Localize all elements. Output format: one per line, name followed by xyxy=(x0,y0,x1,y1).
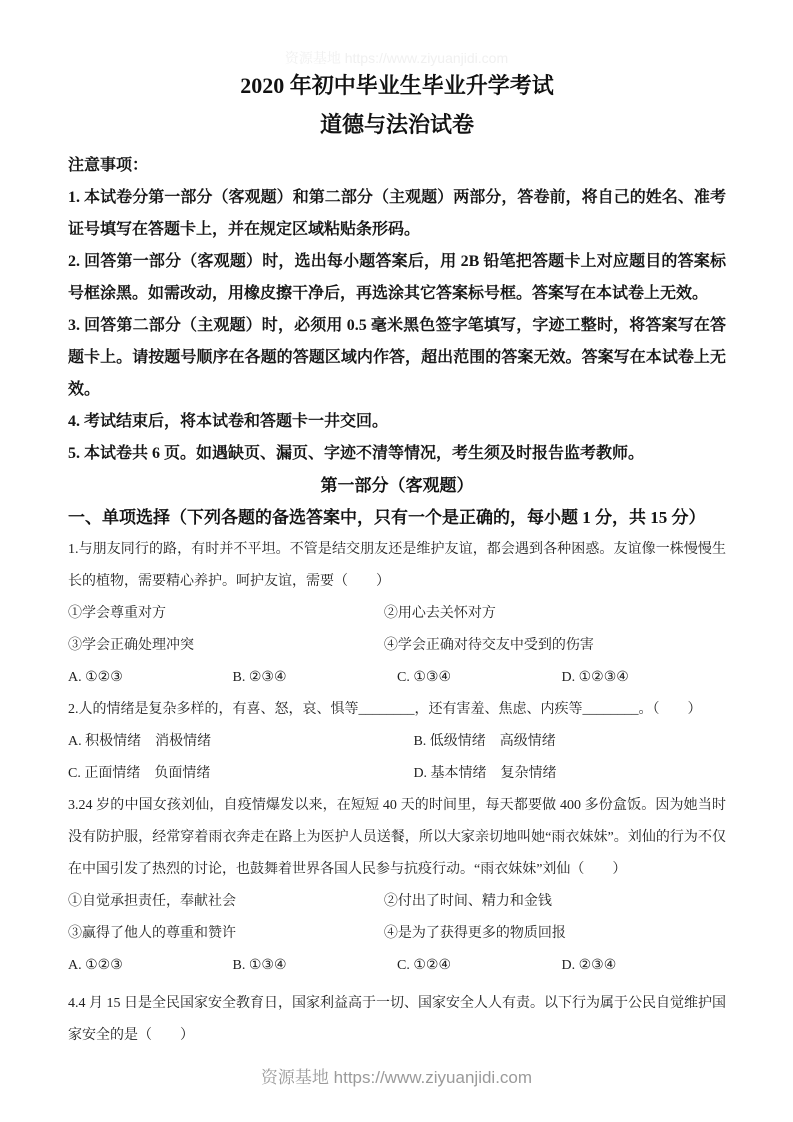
exam-title-line2: 道德与法治试卷 xyxy=(68,111,726,139)
question-1-option-2: ②用心去关怀对方 xyxy=(384,598,726,630)
question-2-stem: 2.人的情绪是复杂多样的，有喜、怒，哀、惧等________，还有害羞、焦虑、内… xyxy=(68,694,726,726)
question-3-option-4: ④是为了获得更多的物质回报 xyxy=(384,918,726,950)
question-4: 4.4 月 15 日是全民国家安全教育日，国家利益高于一切、国家安全人人有责。以… xyxy=(68,988,726,1052)
question-3-options-row-2: ③赢得了他人的尊重和赞许 ④是为了获得更多的物质回报 xyxy=(68,918,726,950)
question-1-choice-a: A. ①②③ xyxy=(68,662,233,694)
question-2-choices-row-1: A. 积极情绪 消极情绪 B. 低级情绪 高级情绪 xyxy=(68,726,726,758)
question-3-choice-d: D. ②③④ xyxy=(562,950,727,982)
part-one-title: 第一部分（客观题） xyxy=(68,470,726,502)
question-1-option-3: ③学会正确处理冲突 xyxy=(68,630,384,662)
question-3: 3.24 岁的中国女孩刘仙，自疫情爆发以来，在短短 40 天的时间里，每天都要做… xyxy=(68,790,726,982)
question-3-choice-c: C. ①②④ xyxy=(397,950,562,982)
question-2: 2.人的情绪是复杂多样的，有喜、怒，哀、惧等________，还有害羞、焦虑、内… xyxy=(68,694,726,790)
question-3-stem: 3.24 岁的中国女孩刘仙，自疫情爆发以来，在短短 40 天的时间里，每天都要做… xyxy=(68,790,726,886)
question-2-choice-a: A. 积极情绪 消极情绪 xyxy=(68,726,413,758)
question-1: 1.与朋友同行的路，有时并不平坦。不管是结交朋友还是维护友谊，都会遇到各种困惑。… xyxy=(68,534,726,694)
notice-item-4: 4. 考试结束后，将本试卷和答题卡一井交回。 xyxy=(68,406,726,438)
footer-source-text: 资源基地 https://www.ziyuanjidi.com xyxy=(0,1063,793,1088)
question-2-choices-row-2: C. 正面情绪 负面情绪 D. 基本情绪 复杂情绪 xyxy=(68,758,726,790)
question-3-options-row-1: ①自觉承担责任，奉献社会 ②付出了时间、精力和金钱 xyxy=(68,886,726,918)
question-1-choice-b: B. ②③④ xyxy=(233,662,398,694)
exam-header: 2020 年初中毕业生毕业升学考试 道德与法治试卷 xyxy=(68,72,726,139)
single-choice-section-heading: 一、单项选择（下列各题的备选答案中，只有一个是正确的，每小题 1 分，共 15 … xyxy=(68,502,726,534)
question-3-option-2: ②付出了时间、精力和金钱 xyxy=(384,886,726,918)
exam-paper-page: 资源基地 https://www.ziyuanjidi.com 2020 年初中… xyxy=(0,0,793,1122)
question-3-option-3: ③赢得了他人的尊重和赞许 xyxy=(68,918,384,950)
question-2-choice-b: B. 低级情绪 高级情绪 xyxy=(413,726,726,758)
notice-item-1: 1. 本试卷分第一部分（客观题）和第二部分（主观题）两部分，答卷前，将自己的姓名… xyxy=(68,182,726,246)
notice-item-2: 2. 回答第一部分（客观题）时，选出每小题答案后，用 2B 铅笔把答题卡上对应题… xyxy=(68,246,726,310)
question-3-choice-b: B. ①③④ xyxy=(233,950,398,982)
question-2-choice-d: D. 基本情绪 复杂情绪 xyxy=(413,758,726,790)
question-1-choice-d: D. ①②③④ xyxy=(562,662,727,694)
top-watermark-text: 资源基地 https://www.ziyuanjidi.com xyxy=(0,48,793,68)
question-4-stem: 4.4 月 15 日是全民国家安全教育日，国家利益高于一切、国家安全人人有责。以… xyxy=(68,988,726,1052)
question-1-choice-c: C. ①③④ xyxy=(397,662,562,694)
notice-section: 注意事项： 1. 本试卷分第一部分（客观题）和第二部分（主观题）两部分，答卷前，… xyxy=(68,150,726,470)
question-1-choices: A. ①②③ B. ②③④ C. ①③④ D. ①②③④ xyxy=(68,662,726,694)
question-1-stem: 1.与朋友同行的路，有时并不平坦。不管是结交朋友还是维护友谊，都会遇到各种困惑。… xyxy=(68,534,726,598)
question-3-choice-a: A. ①②③ xyxy=(68,950,233,982)
question-3-option-1: ①自觉承担责任，奉献社会 xyxy=(68,886,384,918)
question-1-option-4: ④学会正确对待交友中受到的伤害 xyxy=(384,630,726,662)
question-1-options-row-1: ①学会尊重对方 ②用心去关怀对方 xyxy=(68,598,726,630)
question-2-choice-c: C. 正面情绪 负面情绪 xyxy=(68,758,413,790)
page-content: 2020 年初中毕业生毕业升学考试 道德与法治试卷 注意事项： 1. 本试卷分第… xyxy=(0,0,793,1052)
question-1-option-1: ①学会尊重对方 xyxy=(68,598,384,630)
notice-header: 注意事项： xyxy=(68,150,726,182)
question-1-options-row-2: ③学会正确处理冲突 ④学会正确对待交友中受到的伤害 xyxy=(68,630,726,662)
question-3-choices: A. ①②③ B. ①③④ C. ①②④ D. ②③④ xyxy=(68,950,726,982)
notice-item-3: 3. 回答第二部分（主观题）时，必须用 0.5 毫米黑色签字笔填写，字迹工整时，… xyxy=(68,310,726,406)
exam-title-line1: 2020 年初中毕业生毕业升学考试 xyxy=(68,72,726,100)
notice-item-5: 5. 本试卷共 6 页。如遇缺页、漏页、字迹不清等情况，考生须及时报告监考教师。 xyxy=(68,438,726,470)
